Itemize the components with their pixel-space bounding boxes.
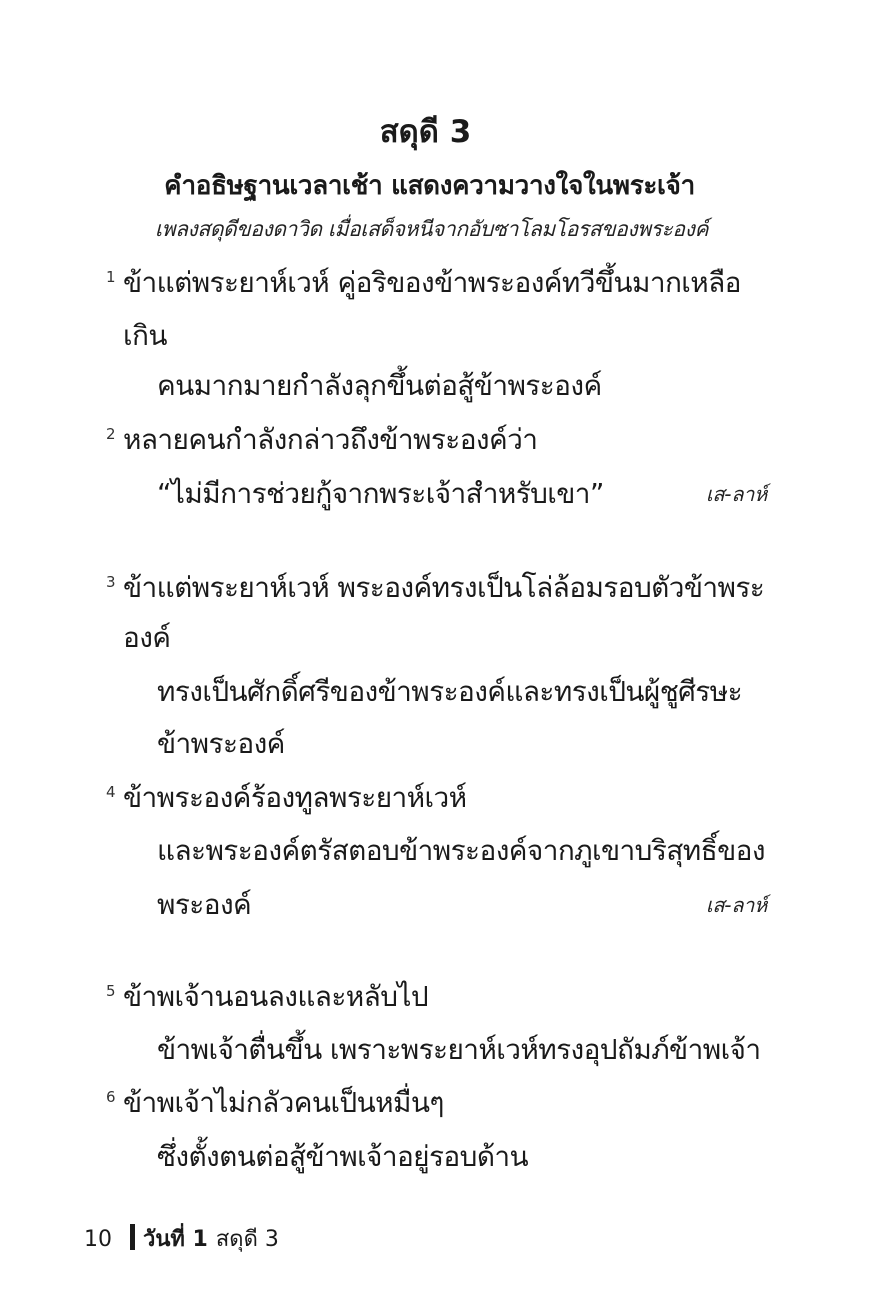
verse-line: เกิน (0, 311, 873, 361)
verse-text: ข้าพระองค์ (157, 719, 285, 769)
verse-text: คนมากมายกำลังลุกขึ้นต่อสู้ข้าพระองค์ (157, 361, 602, 411)
verse-text: ข้าพเจ้านอนลงและหลับไป (123, 972, 428, 1022)
verse-text: ข้าพระองค์ร้องทูลพระยาห์เวห์ (123, 773, 466, 823)
verse-text: ข้าแต่พระยาห์เวห์ คู่อริของข้าพระองค์ทวี… (123, 258, 741, 308)
verse-line: ข้าพระองค์ (0, 719, 873, 769)
psalm-subtitle: คำอธิษฐานเวลาเช้า แสดงความวางใจในพระเจ้า (0, 168, 873, 204)
verse-line: องค์ (0, 613, 873, 663)
verse-number: 2 (106, 409, 116, 459)
verse-line: 4 ข้าพระองค์ร้องทูลพระยาห์เวห์ (0, 773, 873, 823)
psalm-title: สดุดี 3 (0, 112, 873, 152)
verse-text: “ไม่มีการช่วยกู้จากพระเจ้าสำหรับเขา” (157, 469, 604, 519)
verse-line: 1 ข้าแต่พระยาห์เวห์ คู่อริของข้าพระองค์ท… (0, 258, 873, 308)
page-footer: 10วันที่ 1สดุดี 3 (84, 1222, 279, 1258)
footer-day-label: วันที่ 1 (143, 1227, 208, 1252)
verse-number: 1 (106, 252, 116, 302)
footer-reference: สดุดี 3 (216, 1227, 279, 1252)
selah-marker: เส-ลาห์ (706, 880, 767, 930)
verse-text: องค์ (123, 613, 170, 663)
verse-line: และพระองค์ตรัสตอบข้าพระองค์จากภูเขาบริสุ… (0, 826, 873, 876)
verse-number: 5 (106, 966, 116, 1016)
verse-number: 3 (106, 557, 116, 607)
selah-marker: เส-ลาห์ (706, 469, 767, 519)
verse-line: 2 หลายคนกำลังกล่าวถึงข้าพระองค์ว่า (0, 415, 873, 465)
verse-text: เกิน (123, 311, 167, 361)
verse-line: “ไม่มีการช่วยกู้จากพระเจ้าสำหรับเขา” เส-… (0, 469, 873, 519)
verse-line: ข้าพเจ้าตื่นขึ้น เพราะพระยาห์เวห์ทรงอุปถ… (0, 1025, 873, 1075)
verse-line: ซึ่งตั้งตนต่อสู้ข้าพเจ้าอยู่รอบด้าน (0, 1132, 873, 1182)
psalm-superscription: เพลงสดุดีของดาวิด เมื่อเสด็จหนีจากอับซาโ… (0, 214, 873, 244)
verse-line: พระองค์ เส-ลาห์ (0, 880, 873, 930)
verse-number: 6 (106, 1072, 116, 1122)
verse-line: 5 ข้าพเจ้านอนลงและหลับไป (0, 972, 873, 1022)
verse-text: ทรงเป็นศักดิ์ศรีของข้าพระองค์และทรงเป็นผ… (157, 667, 742, 717)
verse-text: พระองค์ (157, 880, 251, 930)
verse-line: คนมากมายกำลังลุกขึ้นต่อสู้ข้าพระองค์ (0, 361, 873, 411)
verse-text: ข้าแต่พระยาห์เวห์ พระองค์ทรงเป็นโล่ล้อมร… (123, 563, 764, 613)
verse-text: ข้าพเจ้าตื่นขึ้น เพราะพระยาห์เวห์ทรงอุปถ… (157, 1025, 760, 1075)
book-page: สดุดี 3 คำอธิษฐานเวลาเช้า แสดงความวางใจใ… (0, 0, 873, 1300)
verse-text: หลายคนกำลังกล่าวถึงข้าพระองค์ว่า (123, 415, 537, 465)
verse-number: 4 (106, 767, 116, 817)
verse-line: 3 ข้าแต่พระยาห์เวห์ พระองค์ทรงเป็นโล่ล้อ… (0, 563, 873, 613)
footer-divider-bar (130, 1224, 135, 1250)
verse-text: ข้าพเจ้าไม่กลัวคนเป็นหมื่นๆ (123, 1078, 444, 1128)
verse-line: 6 ข้าพเจ้าไม่กลัวคนเป็นหมื่นๆ (0, 1078, 873, 1128)
verse-text: ซึ่งตั้งตนต่อสู้ข้าพเจ้าอยู่รอบด้าน (157, 1132, 528, 1182)
verse-text: และพระองค์ตรัสตอบข้าพระองค์จากภูเขาบริสุ… (157, 826, 765, 876)
verse-line: ทรงเป็นศักดิ์ศรีของข้าพระองค์และทรงเป็นผ… (0, 667, 873, 717)
page-number: 10 (84, 1222, 112, 1258)
